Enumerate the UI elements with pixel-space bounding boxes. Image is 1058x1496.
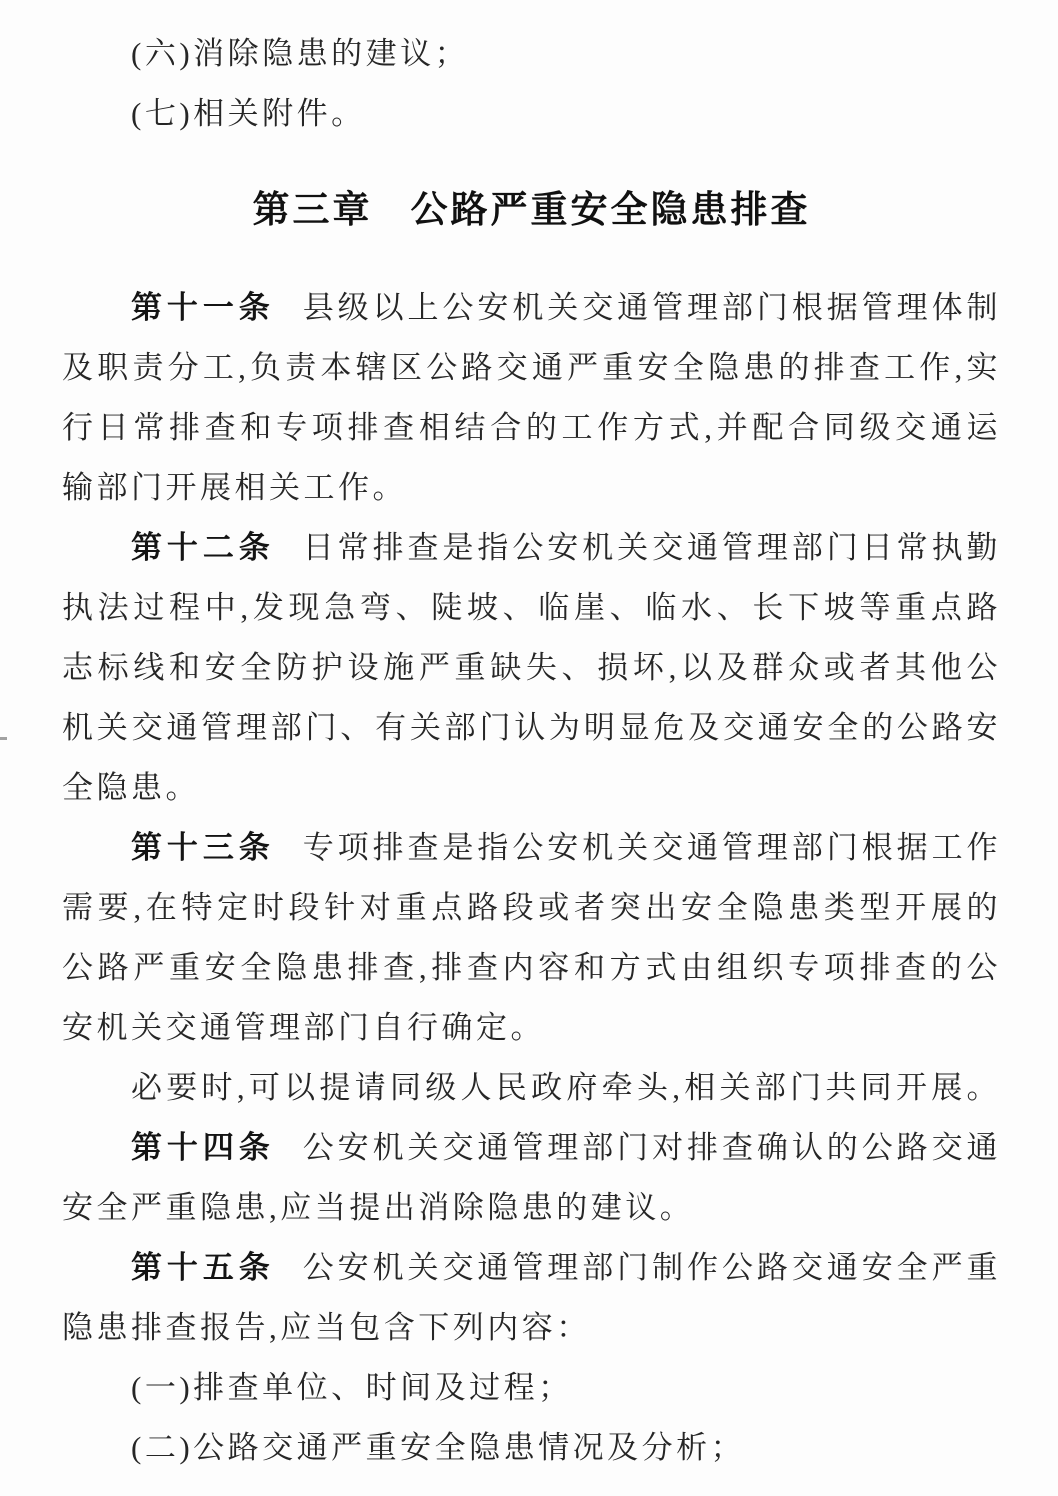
document-page: (六)消除隐患的建议；(七)相关附件。第三章公路严重安全隐患排查第十一条县级以上… bbox=[0, 0, 1058, 1496]
article-text: 县级以上公安机关交通管理部门根据管理体制 bbox=[303, 290, 1001, 325]
article-number: 第十三条 bbox=[131, 830, 275, 865]
document-body: (六)消除隐患的建议；(七)相关附件。第三章公路严重安全隐患排查第十一条县级以上… bbox=[62, 24, 1001, 1478]
text-line: 公路严重安全隐患排查,排查内容和方式由组织专项排查的公 bbox=[62, 938, 1001, 998]
clause-line: (七)相关附件。 bbox=[62, 84, 1001, 144]
text-line: 隐患排查报告,应当包含下列内容： bbox=[62, 1298, 1001, 1358]
chapter-heading: 第三章公路严重安全隐患排查 bbox=[62, 180, 1001, 240]
clause-line: (六)消除隐患的建议； bbox=[62, 24, 1001, 84]
text-line: 及职责分工,负责本辖区公路交通严重安全隐患的排查工作,实 bbox=[62, 338, 1001, 398]
clause-line: (一)排查单位、时间及过程； bbox=[62, 1358, 1001, 1418]
clause-line: 必要时,可以提请同级人民政府牵头,相关部门共同开展。 bbox=[62, 1058, 1001, 1118]
chapter-number: 第三章 bbox=[253, 189, 373, 230]
text-line: 机关交通管理部门、有关部门认为明显危及交通安全的公路安 bbox=[62, 698, 1001, 758]
scan-speck-artifact bbox=[0, 737, 7, 740]
article-text: 专项排查是指公安机关交通管理部门根据工作 bbox=[303, 830, 1001, 865]
article-number: 第十五条 bbox=[131, 1250, 275, 1285]
article-line: 第十二条日常排查是指公安机关交通管理部门日常执勤 bbox=[62, 518, 1001, 578]
chapter-title: 公路严重安全隐患排查 bbox=[411, 189, 811, 230]
article-number: 第十一条 bbox=[131, 290, 275, 325]
article-line: 第十五条公安机关交通管理部门制作公路交通安全严重 bbox=[62, 1238, 1001, 1298]
text-line: 志标线和安全防护设施严重缺失、损坏,以及群众或者其他公安 bbox=[62, 638, 1001, 698]
article-line: 第十一条县级以上公安机关交通管理部门根据管理体制 bbox=[62, 278, 1001, 338]
text-line: 输部门开展相关工作。 bbox=[62, 458, 1001, 518]
article-text: 公安机关交通管理部门对排查确认的公路交通 bbox=[303, 1130, 1001, 1165]
clause-line: (二)公路交通严重安全隐患情况及分析； bbox=[62, 1418, 1001, 1478]
text-line: 行日常排查和专项排查相结合的工作方式,并配合同级交通运 bbox=[62, 398, 1001, 458]
text-line: 需要,在特定时段针对重点路段或者突出安全隐患类型开展的 bbox=[62, 878, 1001, 938]
text-line: 执法过程中,发现急弯、陡坡、临崖、临水、长下坡等重点路段标 bbox=[62, 578, 1001, 638]
text-line: 安全严重隐患,应当提出消除隐患的建议。 bbox=[62, 1178, 1001, 1238]
text-line: 全隐患。 bbox=[62, 758, 1001, 818]
text-line: 安机关交通管理部门自行确定。 bbox=[62, 998, 1001, 1058]
article-number: 第十四条 bbox=[131, 1130, 275, 1165]
article-text: 公安机关交通管理部门制作公路交通安全严重 bbox=[303, 1250, 1001, 1285]
article-line: 第十三条专项排查是指公安机关交通管理部门根据工作 bbox=[62, 818, 1001, 878]
article-number: 第十二条 bbox=[131, 530, 275, 565]
article-line: 第十四条公安机关交通管理部门对排查确认的公路交通 bbox=[62, 1118, 1001, 1178]
article-text: 日常排查是指公安机关交通管理部门日常执勤 bbox=[303, 530, 1001, 565]
